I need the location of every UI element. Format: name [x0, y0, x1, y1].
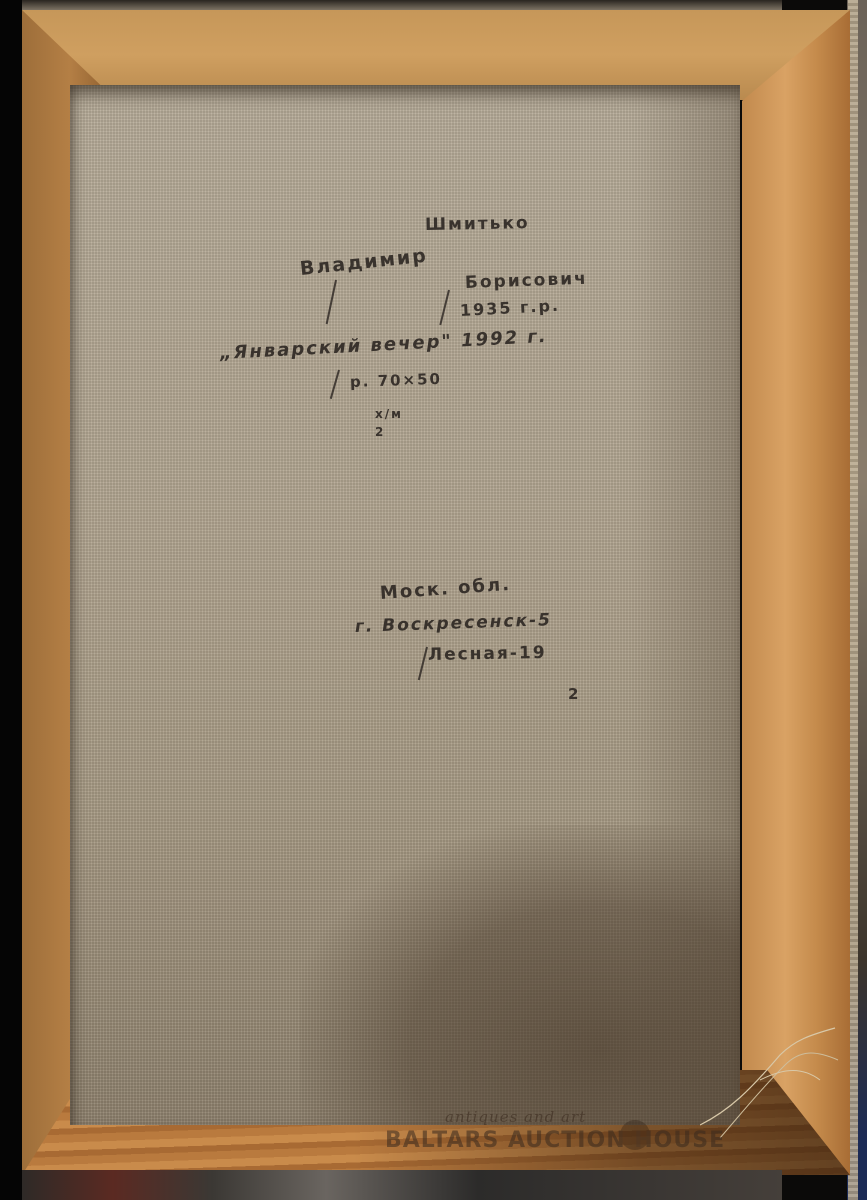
inscription-medium-number: 2 [375, 425, 385, 439]
frame-bar-right [742, 10, 850, 1175]
inscription-street: Лесная-19 [428, 643, 547, 665]
inscription-mark: 2 [568, 685, 580, 703]
pen-stroke [330, 370, 340, 399]
inscription-surname: Шмитько [425, 213, 530, 235]
inscription-patronymic: Борисович [465, 269, 588, 293]
pen-stroke [326, 280, 337, 324]
canvas-back: Шмитько Владимир Борисович 1935 г.р. „Ян… [70, 85, 740, 1125]
watermark: antiques and art BALTARS AUCTION HOUSE [385, 1108, 805, 1168]
inscription-title: „Январский вечер" 1992 г. [219, 326, 548, 364]
inscription-dimensions: р. 70×50 [350, 370, 443, 391]
cast-shadow [300, 825, 740, 1125]
inscription-region: Моск. обл. [379, 574, 511, 604]
inscription-city: г. Воскресенск-5 [355, 610, 553, 637]
background-clutter [22, 1170, 782, 1200]
left-black-border [0, 0, 22, 1200]
inscription-birth-year: 1935 г.р. [460, 296, 561, 320]
pen-stroke [418, 647, 428, 680]
watermark-subtitle: antiques and art [445, 1108, 586, 1126]
inscription-first-name: Владимир [299, 245, 429, 280]
inscription-medium: х/м [375, 407, 403, 421]
watermark-name: BALTARS AUCTION HOUSE [385, 1128, 725, 1153]
pen-stroke [439, 290, 450, 325]
